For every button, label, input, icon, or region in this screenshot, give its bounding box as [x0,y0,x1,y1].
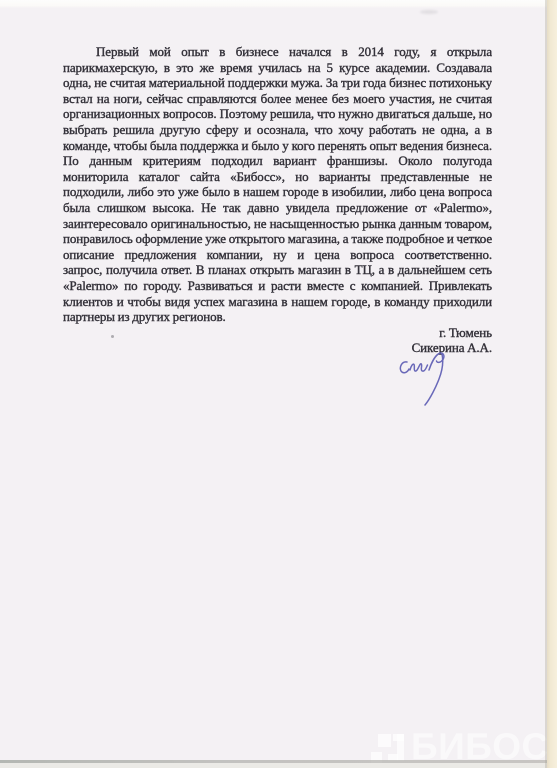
letter-line: одна, не считая материальной поддержки м… [63,75,492,91]
letter-line: команде, чтобы была поддержка и было у к… [63,138,492,154]
letter-line: партнеры из других регионов. [63,309,492,325]
letter-line: организационных вопросов. Поэтому решила… [63,106,492,122]
letter-line: запрос, получила ответ. В планах открыть… [63,262,492,278]
letter-line: По данным критериям подходил вариант фра… [63,153,492,169]
letter-line: описание предложения компании, ну и цена… [63,247,492,263]
letter-line: была слишком высока. Не так давно увидел… [63,200,492,216]
letter-line: заинтересовало оригинальностью, не насыщ… [63,216,492,232]
scan-top-edge [0,0,557,8]
scan-smudge [420,10,438,14]
letter-line: выбрать решила другую сферу и осознала, … [63,122,492,138]
letter-line: парикмахерскую, в это же время училась н… [63,60,492,76]
letter-line: клиентов и чтобы видя успех магазина в н… [63,294,492,310]
letter-line: понравилось оформление уже открытого маг… [63,231,492,247]
letter-line: мониторила каталог сайта «Бибосс», но ва… [63,169,492,185]
letter-line: подходили, либо это уже было в нашем гор… [63,184,492,200]
scan-speck [111,335,114,338]
letter-body: Первый мой опыт в бизнесе начался в 2014… [63,44,492,356]
handwritten-signature [391,346,461,408]
letter-line: «Palermo» по городу. Развиваться и расти… [63,278,492,294]
letter-city: г. Тюмень [63,325,492,341]
letter-line: встал на ноги, сейчас справляются более … [63,91,492,107]
letter-line: Первый мой опыт в бизнесе начался в 2014… [63,44,492,60]
scan-right-edge [547,0,557,768]
scan-bottom-margin [0,763,557,768]
scanned-letter-page: Первый мой опыт в бизнесе начался в 2014… [0,0,557,768]
